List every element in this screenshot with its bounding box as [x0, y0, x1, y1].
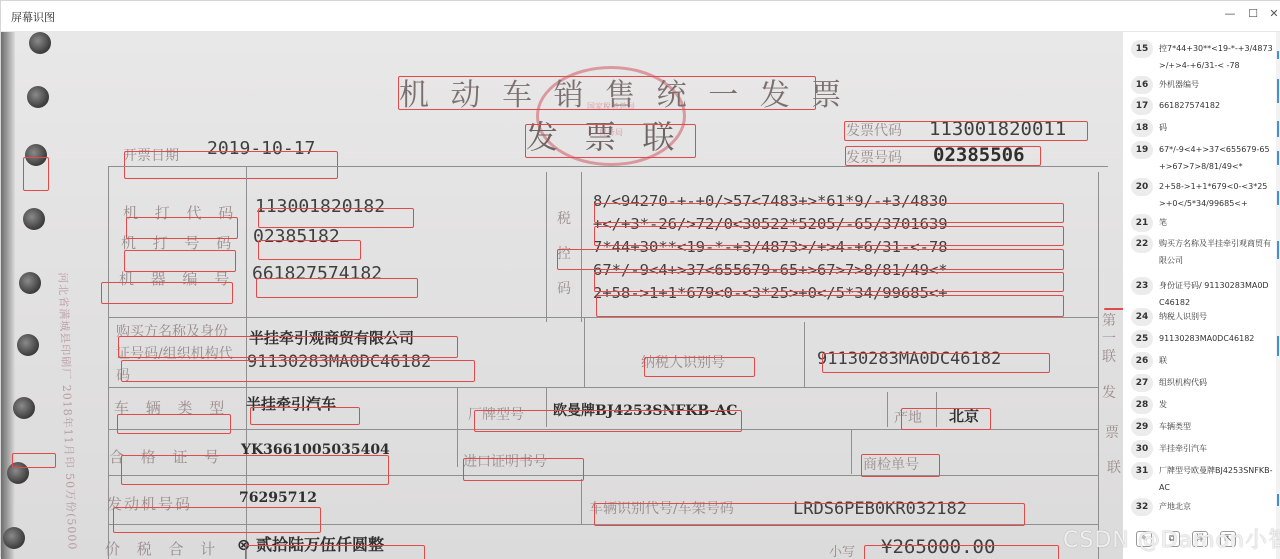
- results-scrollbar[interactable]: [1276, 32, 1280, 558]
- result-item[interactable]: 16外机器编号: [1123, 76, 1273, 94]
- close-button[interactable]: ✕: [1263, 5, 1280, 23]
- maximize-button[interactable]: ☐: [1242, 5, 1264, 23]
- scroll-marker: [1277, 336, 1279, 356]
- small-amount-label: 小写: [829, 541, 855, 558]
- ocr-box: [124, 151, 338, 179]
- punch-hole: [19, 272, 41, 294]
- window-title: 屏幕识图: [11, 9, 55, 25]
- result-item[interactable]: 22购买方名称及半挂牵引观商贸有限公司: [1123, 235, 1273, 269]
- ocr-box: [1104, 308, 1123, 310]
- ocr-box: [23, 157, 49, 191]
- printer-info: 河北省满城县印刷厂 2018年11月印 50万份(5000: [55, 272, 81, 551]
- ocr-box: [121, 455, 389, 485]
- watermark: CSDN @Damon小智: [1063, 523, 1280, 554]
- ocr-box: [463, 458, 584, 481]
- ocr-box: [121, 360, 475, 382]
- table-border: [1098, 172, 1099, 558]
- result-item[interactable]: 18码: [1123, 119, 1273, 137]
- ocr-box: [557, 249, 1064, 270]
- table-border: [457, 387, 458, 467]
- scroll-marker: [1277, 79, 1279, 103]
- table-border: [581, 479, 582, 524]
- side-copy-char: 发: [1102, 382, 1116, 402]
- punch-hole: [27, 86, 49, 108]
- ocr-box: [525, 124, 696, 158]
- minimize-button[interactable]: —: [1219, 5, 1241, 23]
- ocr-results-panel[interactable]: 15控7*44+30**<19-*-+3/4873>/+>4-+6/31-< -…: [1123, 32, 1280, 558]
- ocr-box: [124, 250, 236, 272]
- ocr-box: [118, 336, 458, 358]
- ocr-box: [474, 410, 742, 432]
- result-item[interactable]: 21笔: [1123, 214, 1273, 232]
- table-border: [108, 317, 1098, 318]
- ocr-box: [258, 240, 361, 260]
- scroll-marker: [1277, 151, 1279, 165]
- ocr-box: [398, 76, 816, 110]
- result-item[interactable]: 17661827574182: [1123, 97, 1273, 115]
- ocr-box: [844, 121, 1088, 141]
- result-item[interactable]: 29车辆类型: [1123, 418, 1273, 436]
- scroll-marker: [1277, 121, 1279, 137]
- ocr-box: [644, 357, 755, 377]
- result-item[interactable]: 24纳税人识别号: [1123, 308, 1273, 326]
- ocr-box: [256, 278, 418, 298]
- ocr-box: [250, 407, 360, 425]
- ocr-box: [594, 226, 1064, 246]
- ocr-box: [126, 217, 238, 239]
- result-item[interactable]: 28发: [1123, 396, 1273, 414]
- result-item[interactable]: 26联: [1123, 352, 1273, 370]
- result-item[interactable]: 2591130283MA0DC46182: [1123, 330, 1273, 348]
- tax-control-label-1: 税: [557, 208, 571, 228]
- result-item[interactable]: 32产地北京: [1123, 498, 1273, 516]
- table-border: [584, 317, 585, 387]
- screen-recognition-window: 屏幕识图 — ☐ ✕ 河北省满城县印刷厂 2018年11月印 50万份(5000…: [0, 0, 1280, 558]
- side-copy-char: 票: [1105, 422, 1119, 442]
- table-border: [581, 172, 582, 322]
- ocr-box: [101, 282, 233, 304]
- punch-hole: [3, 527, 25, 549]
- side-copy-char: 联: [1107, 457, 1121, 477]
- scroll-marker: [1277, 51, 1279, 59]
- scroll-marker: [1277, 494, 1279, 506]
- ocr-box: [12, 453, 56, 468]
- tax-control-label-3: 码: [557, 278, 571, 298]
- punch-hole: [23, 208, 45, 230]
- ocr-box: [864, 545, 1059, 558]
- ocr-box: [861, 454, 940, 477]
- scroll-marker: [1277, 241, 1279, 259]
- total-label: 价 税 合 计: [105, 538, 221, 558]
- ocr-box: [594, 503, 1025, 526]
- ocr-box: [822, 353, 1050, 373]
- ocr-box: [113, 507, 321, 533]
- table-border: [887, 392, 888, 427]
- ocr-box: [594, 203, 1064, 223]
- ocr-box: [594, 272, 1064, 292]
- ocr-box: [245, 545, 425, 558]
- result-item[interactable]: 15控7*44+30**<19-*-+3/4873>/+>4-+6/31-< -…: [1123, 40, 1273, 74]
- scroll-marker: [1277, 191, 1279, 205]
- punch-hole: [29, 32, 51, 54]
- table-border: [851, 429, 852, 474]
- engine-number: 76295712: [239, 490, 317, 506]
- side-copy-char: 第: [1102, 310, 1116, 330]
- punch-hole: [13, 397, 35, 419]
- ocr-box: [596, 295, 1064, 317]
- table-border: [804, 322, 805, 387]
- ocr-box: [117, 414, 231, 434]
- side-copy-char: 联: [1102, 346, 1116, 366]
- result-item[interactable]: 27组织机构代码: [1123, 374, 1273, 392]
- title-bar: 屏幕识图 — ☐ ✕: [1, 1, 1280, 32]
- table-border: [108, 387, 1098, 388]
- punch-hole: [17, 334, 39, 356]
- ocr-box: [258, 208, 414, 228]
- result-item[interactable]: 202+58->1+1*679<0-<3*25>+0</5*34/99685<+: [1123, 178, 1273, 212]
- side-copy-char: 一: [1102, 328, 1116, 348]
- table-border: [546, 172, 547, 322]
- ocr-box: [901, 408, 991, 430]
- result-item[interactable]: 23身份证号码/ 91130283MA0DC46182: [1123, 277, 1273, 311]
- result-item[interactable]: 30半挂牵引汽车: [1123, 440, 1273, 458]
- invoice-image: 河北省满城县印刷厂 2018年11月印 50万份(5000 国家税务总局 税务局…: [1, 32, 1123, 558]
- table-border: [108, 166, 1108, 167]
- ocr-box: [845, 146, 1041, 166]
- result-item[interactable]: 1967*/-9<4+>37<655679-65+>67>7>8/81/49<*: [1123, 141, 1273, 175]
- result-item[interactable]: 31厂牌型号欧曼牌BJ4253SNFKB-AC: [1123, 462, 1273, 496]
